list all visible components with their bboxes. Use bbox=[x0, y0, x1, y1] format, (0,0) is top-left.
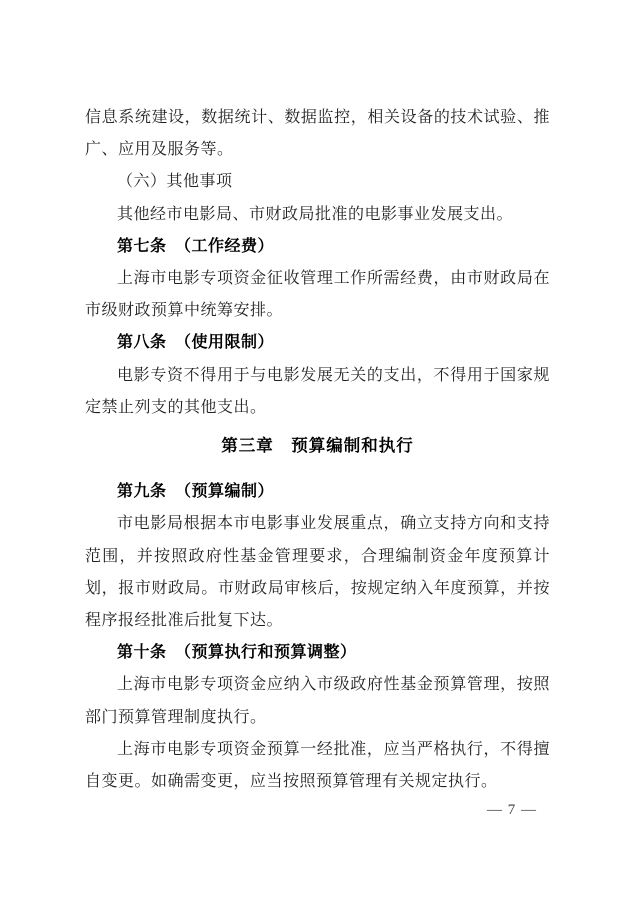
article-7-heading: 第七条 （工作经费） bbox=[85, 231, 550, 263]
list-item-six: （六）其他事项 bbox=[85, 166, 550, 198]
body-paragraph: 电影专资不得用于与电影发展无关的支出，不得用于国家规定禁止列支的其他支出。 bbox=[85, 360, 550, 424]
body-paragraph: 其他经市电影局、市财政局批准的电影事业发展支出。 bbox=[85, 199, 550, 231]
body-paragraph-continuation: 信息系统建设，数据统计、数据监控，相关设备的技术试验、推广、应用及服务等。 bbox=[85, 102, 550, 166]
body-paragraph: 市电影局根据本市电影事业发展重点，确立支持方向和支持范围，并按照政府性基金管理要… bbox=[85, 508, 550, 637]
article-10-heading: 第十条 （预算执行和预算调整） bbox=[85, 637, 550, 669]
body-paragraph: 上海市电影专项资金预算一经批准，应当严格执行，不得擅自变更。如确需变更，应当按照… bbox=[85, 734, 550, 798]
document-page: 信息系统建设，数据统计、数据监控，相关设备的技术试验、推广、应用及服务等。 （六… bbox=[0, 0, 635, 898]
article-8-heading: 第八条 （使用限制） bbox=[85, 327, 550, 359]
chapter-3-heading: 第三章 预算编制和执行 bbox=[85, 430, 550, 462]
page-number: — 7 — bbox=[85, 802, 550, 818]
article-9-heading: 第九条 （预算编制） bbox=[85, 476, 550, 508]
body-paragraph: 上海市电影专项资金应纳入市级政府性基金预算管理，按照部门预算管理制度执行。 bbox=[85, 669, 550, 733]
body-paragraph: 上海市电影专项资金征收管理工作所需经费，由市财政局在市级财政预算中统筹安排。 bbox=[85, 263, 550, 327]
